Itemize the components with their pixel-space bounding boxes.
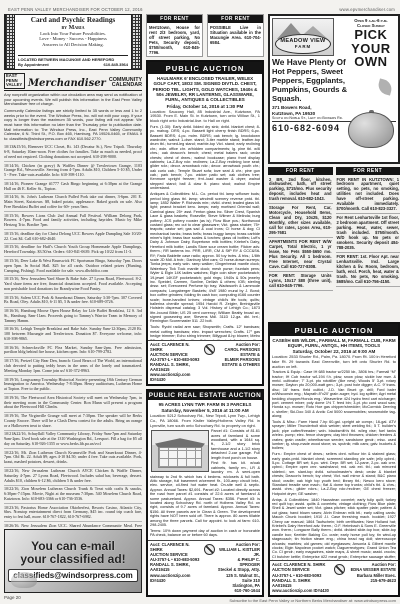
decorative-border-right xyxy=(131,15,141,69)
auction-furniture-list: Furn.: Empire chest of drwrs.; sellers c… xyxy=(272,452,396,496)
real-estate-subtitle: 95 ACRES LYNN TWP. FARM IN 3 PARCELS xyxy=(148,400,262,407)
auction-attorney-phone: 610-760-1644 xyxy=(216,588,260,593)
calendar-listing: 10/14/16, Pioneer Grange #1777 Cash Bing… xyxy=(4,179,142,193)
farm-logo-word: FARM xyxy=(276,44,330,49)
calendar-brand-region: EAST PENN VALLEY xyxy=(4,73,25,89)
auction-title: CASE/IH 685 W/LDR., FARMALL M, FARMALL C… xyxy=(270,336,398,348)
meadow-view-farm-ad: MEADOW VIEW FARM We Have Plenty Of Open … xyxy=(268,14,400,164)
gavel-icon xyxy=(204,544,215,555)
calendar-listing: 10/19/16, The Virginville Grange will me… xyxy=(4,412,142,430)
public-auction-header: PUBLIC AUCTION xyxy=(270,324,398,336)
psychic-ad-appointment: By Appointment xyxy=(18,62,49,67)
email-ad-line2: your classified ad! xyxy=(20,553,125,566)
auctioneer-name: Auct: CLARENCE N. SHIRK xyxy=(150,342,203,352)
calendar-listing: 10/23/16, Pastorius Home Association Okt… xyxy=(4,503,142,521)
for-rent-header: FOR RENT xyxy=(268,167,333,175)
for-rent-box-mertztown: FOR RENT Mertztown, House for rent 2/3 b… xyxy=(146,14,203,57)
meadow-view-farm-logo: MEADOW VIEW FARM xyxy=(272,18,334,56)
middle-column: FOR RENT Mertztown, House for rent 2/3 b… xyxy=(146,14,264,600)
for-rent-box-macungie: FOR RENT POSSIBLE Live in Situation avai… xyxy=(207,14,264,57)
auctioneer-name: Auct: CLARENCE N. SHIRK xyxy=(150,542,203,552)
calendar-listing: 10/19/16, The Fleetwood Area Historical … xyxy=(4,393,142,411)
auctionzip-id: www.auctionzip.com ID#4430 xyxy=(150,573,203,583)
right-column: MEADOW VIEW FARM We Have Plenty Of Open … xyxy=(268,14,400,600)
page-number: Page 20 xyxy=(4,595,142,600)
auction-for-owner: WILLIAM L. KISTLER JR. xyxy=(216,547,260,557)
calendar-title: COMMUNITY CALENDAR xyxy=(109,78,142,89)
public-auction-ad-saucony: PUBLIC AUCTION HAULMARK 6′ ENCLOSED TRAI… xyxy=(146,60,264,386)
calendar-listing: 10/15/16, deadline for Huff's Church You… xyxy=(4,243,142,257)
calendar-listing: 10/21&22/16, Schuylkill Valley Community… xyxy=(4,430,142,448)
auction-for-owner: & PHILIP C. SPROGER xyxy=(216,557,260,567)
calendar-intro-2: Community Calendar listings are strictly… xyxy=(4,109,142,142)
classified-ad: 2 BR, 2nd floor, kitchen, dishwasher, ba… xyxy=(268,175,333,204)
auction-executor-phone: 215-679-4623 xyxy=(346,578,396,583)
calendar-listing: 10/14/16, Chicken (in gravy) & Waffles D… xyxy=(4,161,142,179)
auction-antiques-list: Antqs. & Collectibles: 1840 Hausstean co… xyxy=(272,498,396,561)
farm-produce-list: Hot Peppers, Sweet Peppers, Eggplants, P… xyxy=(272,68,369,103)
classified-ad: Storage For Rent, Car, Motorcycle, House… xyxy=(268,204,333,238)
masthead-left: EAST PENN VALLEY MERCHANDISER FOR OCTOBE… xyxy=(8,7,143,12)
for-rent-text: Mertztown, House for rent 2/3 bedroom, y… xyxy=(147,23,202,56)
real-estate-auction-header: PUBLIC REAL ESTATE AUCTION xyxy=(148,391,262,400)
classified-ad: FOR RENT IN KUTZTOWN: 1 bedroom apartmen… xyxy=(336,175,400,214)
calendar-listing: 10/15/16, New Jerusalem Yard Share & Bak… xyxy=(4,275,142,293)
computer-mouse-photo xyxy=(11,572,37,588)
farmhouse-photo xyxy=(151,430,209,472)
decorative-border-left xyxy=(5,15,15,69)
calendar-listings: 10/13&15/16, Ebenezer UCC Closet, Rt. 14… xyxy=(4,144,142,527)
classified-ad: For Rent Lenhartsville 1st floor, 2 bedr… xyxy=(336,214,400,253)
for-rent-header: FOR RENT xyxy=(147,15,202,23)
auction-title: HAULMARK 6′ ENCLOSED TRAILER, WELEX GOLF… xyxy=(148,74,262,102)
leaf-icon xyxy=(376,78,393,95)
for-rent-classifieds: FOR RENT 2 BR, 2nd floor, kitchen, dishw… xyxy=(268,167,400,319)
real-estate-terms: Terms: 10% down payment day of auction i… xyxy=(150,529,260,538)
auction-for-estate: ESTATE & OTHERS xyxy=(216,362,260,367)
psychic-ad-title: Card and Psychic Readings xyxy=(18,17,128,25)
masthead-url: www.epvmerchandiser.com xyxy=(339,7,395,12)
calendar-listing: 10/22/16, New Jerusalem Lutheran Church … xyxy=(4,467,142,485)
farmhouse-roof xyxy=(155,438,205,447)
farm-address-line1: 371 Bowers Road, xyxy=(272,105,312,110)
farm-address-line2: Kutztown, PA 19530 xyxy=(272,111,315,116)
auction-attorney-address: 125 S. Walnut St., Suite 310 xyxy=(216,573,260,583)
calendar-listing: 10/19/16, Longswamp Township Historical … xyxy=(4,375,142,393)
calendar-listing: 10/15/16, deadline day for Christ Delong… xyxy=(4,229,142,243)
real-estate-auction-ad: PUBLIC REAL ESTATE AUCTION 95 ACRES LYNN… xyxy=(146,389,264,597)
masthead: EAST PENN VALLEY MERCHANDISER FOR OCTOBE… xyxy=(8,7,395,12)
for-rent-header: FOR RENT xyxy=(336,167,400,175)
calendar-intro-1: Any nonprofit organization within our ci… xyxy=(4,93,142,107)
email-classified-ad: You can e-mail your classified ad! class… xyxy=(4,529,142,593)
calendar-listing: 10/26/16, New Jerusalem Zion UCC, Shared… xyxy=(4,521,142,527)
community-calendar-header: EAST PENN VALLEY Merchandiser COMMUNITY … xyxy=(4,73,142,91)
real-estate-location: Location: 5212 Schochary Rd., New Tripol… xyxy=(148,414,262,429)
public-auction-header: PUBLIC AUCTION xyxy=(148,62,262,74)
gavel-icon xyxy=(204,344,215,355)
psychic-ad-line: Answers to All Decision Making. xyxy=(18,42,128,48)
public-auction-ad-shurler: PUBLIC AUCTION CASE/IH 685 W/LDR., FARMA… xyxy=(268,322,400,597)
farm-tagline: We Have Plenty Of xyxy=(272,57,346,67)
psychic-readings-ad: Card and Psychic Readings by Maria Look … xyxy=(4,14,142,70)
for-rent-text: POSSIBLE Live in Situation available in … xyxy=(208,23,263,46)
merchandiser-logo: Merchandiser xyxy=(28,79,106,89)
auctioneer-assistant: RANDALL S. SHIRK, AA019415 xyxy=(150,362,203,372)
subscribe-footer: Subscribe to the East Penn Valley or Nor… xyxy=(229,598,396,603)
auctionzip-id: www.auctionzip.com ID#4430 xyxy=(150,372,203,382)
pick-your-own-line: PICK xyxy=(346,29,396,41)
psychic-ad-phone: 610.845.3564 xyxy=(104,62,128,67)
calendar-listing: 10/16/16, Hamburg Moose Open House Relay… xyxy=(4,307,142,325)
calendar-listing: 10/15/16, Salem UCC Pork & Sauerkraut Di… xyxy=(4,293,142,307)
calendar-listing: 10/16/16, Lehigh Temple Breakfast and Ba… xyxy=(4,325,142,343)
calendar-listing: 10/15/16, Deer Lake & West Brunswick FC … xyxy=(4,256,142,274)
calendar-listing: 10/17/16, Pretzel City Bear Den, branch:… xyxy=(4,357,142,375)
calendar-listing: 10/22/16, Zion Moselem Lutheran Church T… xyxy=(4,485,142,503)
auction-location: Location: 2533 Shurler Rd., Palm, Pa. 18… xyxy=(270,355,398,370)
calendar-listing: 10/14/16, St. John's Lutheran Church Pul… xyxy=(4,193,142,211)
auctionzip-id: www.auctionzip.com ID#4430 xyxy=(272,588,333,593)
calendar-listing: 10/13&15/16, Ebenezer UCC Closet, Rt. 14… xyxy=(4,144,142,161)
classified-ad: FOR RENT: 1st. Floor Apt. near Lenhartsv… xyxy=(336,253,400,287)
farm-logo-name: MEADOW VIEW xyxy=(276,38,330,44)
for-rent-header: FOR RENT xyxy=(208,15,263,23)
farmhouse-facade xyxy=(158,447,202,468)
auction-tools-list: Tools: Ryobi radial arm saw; Shopsmith; … xyxy=(150,325,260,339)
calendar-listing: 10/15/16, Bowers Lions Club 2nd Annual F… xyxy=(4,211,142,229)
pumpkin-illustration xyxy=(348,112,394,148)
left-column: Card and Psychic Readings by Maria Look … xyxy=(4,14,142,600)
auction-location: Location: Saucony Hall, 85 Industrial Av… xyxy=(148,110,262,125)
auction-tractors-list: Tractors & Equip.: Case IH 685 tractor w… xyxy=(272,370,396,418)
auction-antiques-list: Antiques & Collectibles: M.L. Co. period… xyxy=(150,192,260,324)
auction-for-estate: EDNA WISSER ESTATE xyxy=(346,567,396,572)
classified-ad: APARTMENTS FOR RENT W/W Carpet, Total El… xyxy=(268,238,333,272)
calendar-listing: 10/16/16, Schnecksville FC Flea Market, … xyxy=(4,343,142,357)
auction-furniture-list: Furn. (1:30): Early dvtld. lidded dry si… xyxy=(150,125,260,191)
gavel-icon xyxy=(334,564,345,575)
auction-attorney: Steckel & Stopp, Atty. xyxy=(216,567,260,572)
email-ad-line1: You can e-mail xyxy=(31,540,115,553)
auction-tools-list: Tools & Misc.: Farm Hand 7-hp 60-gal. up… xyxy=(272,420,396,451)
pick-your-own-line: OWN xyxy=(346,56,396,68)
calendar-listing: 10/22/16, Mt. Zion Lutheran Church Krums… xyxy=(4,448,142,466)
newspaper-page: EAST PENN VALLEY MERCHANDISER FOR OCTOBE… xyxy=(0,0,400,604)
classified-ad: FOR RENT: Storage Units Lyons, 10x17 $80… xyxy=(268,272,333,291)
